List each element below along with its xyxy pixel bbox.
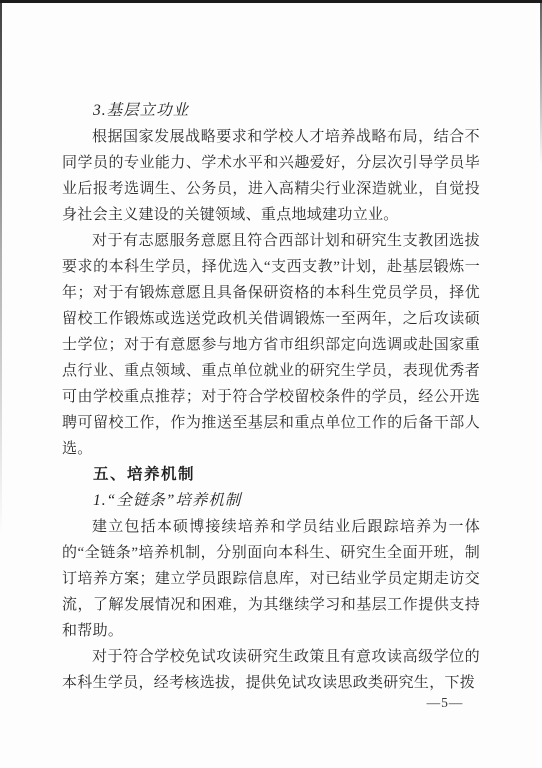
subheading-jiceng-ligongye: 3.基层立功业	[62, 98, 480, 124]
scan-edge-left	[0, 3, 2, 563]
paragraph: 根据国家发展战略要求和学校人才培养战略布局，结合不同学员的专业能力、学术水平和兴…	[62, 124, 480, 228]
page-number: —5—	[420, 695, 470, 711]
paragraph: 建立包括本硕博接续培养和学员结业后跟踪培养为一体的“全链条”培养机制，分别面向本…	[62, 514, 480, 644]
scan-edge-top	[0, 0, 542, 3]
scanned-document-page: 3.基层立功业 根据国家发展战略要求和学校人才培养战略布局，结合不同学员的专业能…	[0, 0, 542, 768]
subheading-quanliantiao: 1.“全链条”培养机制	[62, 488, 480, 514]
paragraph: 对于符合学校免试攻读研究生政策且有意攻读高级学位的本科生学员，经考核选拔，提供免…	[62, 644, 480, 696]
section-heading-peiyang-jizhi: 五、培养机制	[62, 462, 480, 488]
paragraph: 对于有志愿服务意愿且符合西部计划和研究生支教团选拔要求的本科生学员，择优选入“支…	[62, 228, 480, 462]
document-body: 3.基层立功业 根据国家发展战略要求和学校人才培养战略布局，结合不同学员的专业能…	[62, 98, 480, 696]
